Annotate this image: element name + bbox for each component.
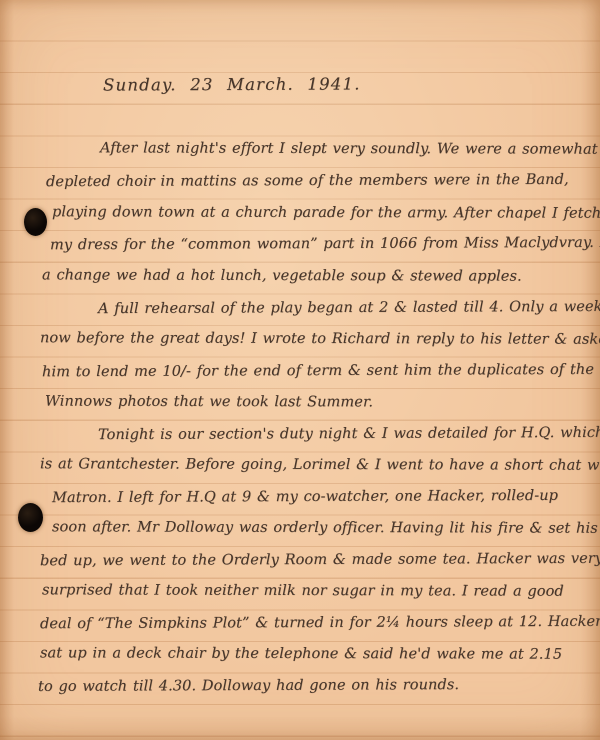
diary-line: is at Grantchester. Before going, Lorime… (40, 454, 600, 476)
diary-line: deal of “The Simpkins Plot” & turned in … (40, 612, 600, 634)
diary-line: surprised that I took neither milk nor s… (42, 580, 564, 601)
diary-line: soon after. Mr Dolloway was orderly offi… (52, 517, 598, 538)
date-heading: Sunday. 23 March. 1941. (103, 74, 361, 95)
diary-line: Winnows photos that we took last Summer. (45, 392, 373, 413)
diary-line: After last night's effort I slept very s… (100, 138, 598, 159)
diary-line: a change we had a hot lunch, vegetable s… (42, 265, 522, 286)
diary-line: A full rehearsal of the play began at 2 … (98, 297, 600, 319)
diary-line: depleted choir in mattins as some of the… (46, 170, 569, 192)
diary-line: Matron. I left for H.Q at 9 & my co-watc… (52, 486, 558, 508)
diary-line: Tonight is our section's duty night & I … (98, 423, 600, 445)
hole-punch-bottom (18, 503, 43, 532)
diary-line: sat up in a deck chair by the telephone … (40, 643, 562, 664)
diary-line: my dress for the “common woman” part in … (50, 233, 600, 256)
diary-page: Sunday. 23 March. 1941. After last night… (0, 0, 600, 740)
diary-line: bed up, we went to the Orderly Room & ma… (40, 549, 600, 571)
diary-line: playing down town at a church parade for… (52, 202, 600, 223)
hole-punch-top (24, 208, 47, 236)
diary-line: now before the great days! I wrote to Ri… (40, 328, 600, 350)
diary-line: to go watch till 4.30. Dolloway had gone… (38, 675, 459, 697)
diary-line: him to lend me 10/- for the end of term … (42, 360, 600, 383)
